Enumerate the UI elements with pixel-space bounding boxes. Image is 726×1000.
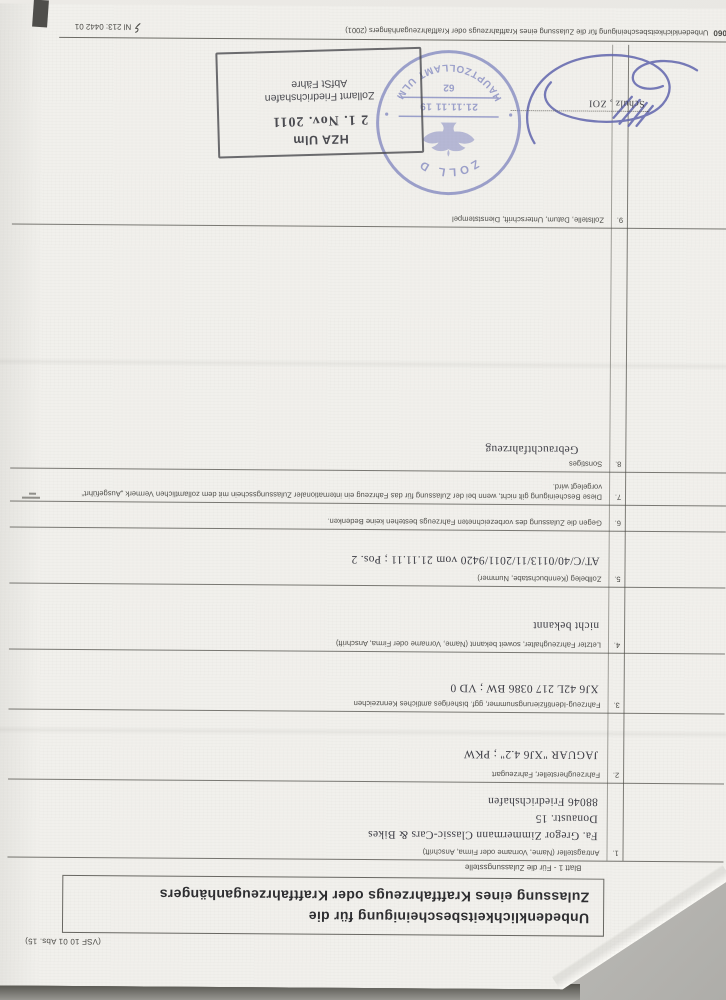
stamp-date: 2 1. Nov. 2011	[219, 109, 421, 131]
form-title-line1: Unbedenklichkeitsbescheinigung für die	[63, 904, 589, 929]
signer-name: Schulz , ZOI	[589, 98, 645, 109]
field-label: Letzter Fahrzeughalter, soweit bekannt (…	[53, 636, 601, 650]
federal-eagle-icon	[422, 122, 474, 156]
field-number: 1.	[608, 849, 622, 858]
svg-text:ZOLL D: ZOLL D	[416, 157, 481, 178]
field-value-line: 88046 Friedrichshafen	[488, 792, 598, 809]
field-row-antragsteller: 1. Antragsteller (Name, Vorname oder Fir…	[7, 779, 724, 862]
field-number: 2.	[609, 771, 623, 780]
seal-datetime: 21.11.11 19	[420, 100, 478, 111]
field-row-zollstelle: 9. Zollstelle, Datum, Unterschrift, Dien…	[12, 41, 726, 229]
field-value-line: JAGUAR "XJ6 4.2" ; PKW	[464, 745, 599, 762]
field-row-sonstiges: 8. Sonstiges Gebrauchtfahrzeug	[10, 224, 726, 473]
field-value-line: Fa. Gregor Zimmermann Classic-Cars & Bik…	[368, 826, 598, 844]
field-label: Gegen die Zulassung des vorbezeichneten …	[54, 514, 602, 528]
footer-title: Unbedenklichkeitsbescheinigung für die Z…	[345, 26, 708, 38]
field-number: 8.	[611, 460, 625, 469]
sheet-note: Blatt 1 - Für die Zulassungsstelle	[465, 863, 582, 873]
handwritten-margin-dash	[10, 493, 40, 499]
field-row-gilt-nicht: 7. Diese Bescheinigung gilt nicht, wenn …	[10, 468, 726, 506]
field-number: 4.	[610, 641, 624, 650]
field-value-line: nicht bekannt	[533, 617, 599, 634]
field-row-fin: 3. Fahrzeug-Identifizierungsnummer, ggf.…	[9, 649, 725, 714]
footer-print-reference: Nl 213: 0442 01	[75, 22, 142, 33]
field-value-line: Donaustr. 15	[535, 810, 597, 827]
form-title-line2: Zulassung eines Kraftfahrzeugs oder Kraf…	[63, 883, 589, 908]
footer-ref-text: Nl 213: 0442 01	[75, 22, 132, 31]
field-row-zollbeleg: 5. Zollbeleg (Kennbuchstabe, Nummer) AT/…	[9, 527, 725, 588]
field-value-line: Gebrauchtfahrzeug	[485, 440, 578, 457]
seal-top-arc-text: ZOLL D	[416, 157, 481, 178]
field-row-hersteller: 2. Fahrzeughersteller, Fahrzeugart JAGUA…	[8, 709, 724, 784]
field-label: Fahrzeughersteller, Fahrzeugart	[52, 766, 600, 780]
field-number: 9.	[613, 216, 627, 225]
field-value-line: XJ6 42L 217 0386 BW ; VD 0	[450, 679, 599, 697]
field-value-line: AT/C/40/0113/11/2011/9420 vom 21.11.11 ;…	[351, 550, 599, 568]
field-label: Diese Bescheinigung gilt nicht, wenn bei…	[62, 478, 602, 502]
form-reference-note: (VSF 10 01 Abs. 15)	[25, 937, 101, 947]
handwritten-mark-icon	[133, 22, 141, 33]
rect-date-stamp: HZA Ulm 2 1. Nov. 2011 Zollamt Friedrich…	[215, 47, 424, 159]
form-title-box: Unbedenklichkeitsbescheinigung für die Z…	[62, 875, 604, 937]
field-row-letzter-halter: 4. Letzter Fahrzeughalter, soweit bekann…	[9, 583, 725, 654]
field-label: Fahrzeug-Identifizierungsnummer, ggf. bi…	[53, 696, 601, 710]
stamp-office: HZA Ulm	[220, 130, 422, 150]
scanned-document-scene: (VSF 10 01 Abs. 15) Unbedenklichkeitsbes…	[0, 0, 726, 1000]
field-number: 3.	[610, 701, 624, 710]
seal-code: 62	[443, 82, 455, 93]
form-table: 1. Antragsteller (Name, Vorname oder Fir…	[7, 41, 726, 863]
field-number: 7.	[611, 493, 625, 502]
field-number: 6.	[611, 519, 625, 528]
field-row-keine-bedenken: 6. Gegen die Zulassung des vorbezeichnet…	[10, 501, 726, 532]
document-paper: (VSF 10 01 Abs. 15) Unbedenklichkeitsbes…	[0, 3, 726, 990]
scan-edge-artifact	[32, 0, 49, 27]
field-label: Zollstelle, Datum, Unterschrift, Diensts…	[56, 211, 604, 225]
form-code: 0060	[713, 28, 726, 37]
field-label: Zollbeleg (Kennbuchstabe, Nummer)	[53, 570, 601, 584]
field-label: Antragsteller (Name, Vorname oder Firma,…	[52, 844, 600, 858]
field-number: 5.	[610, 575, 624, 584]
